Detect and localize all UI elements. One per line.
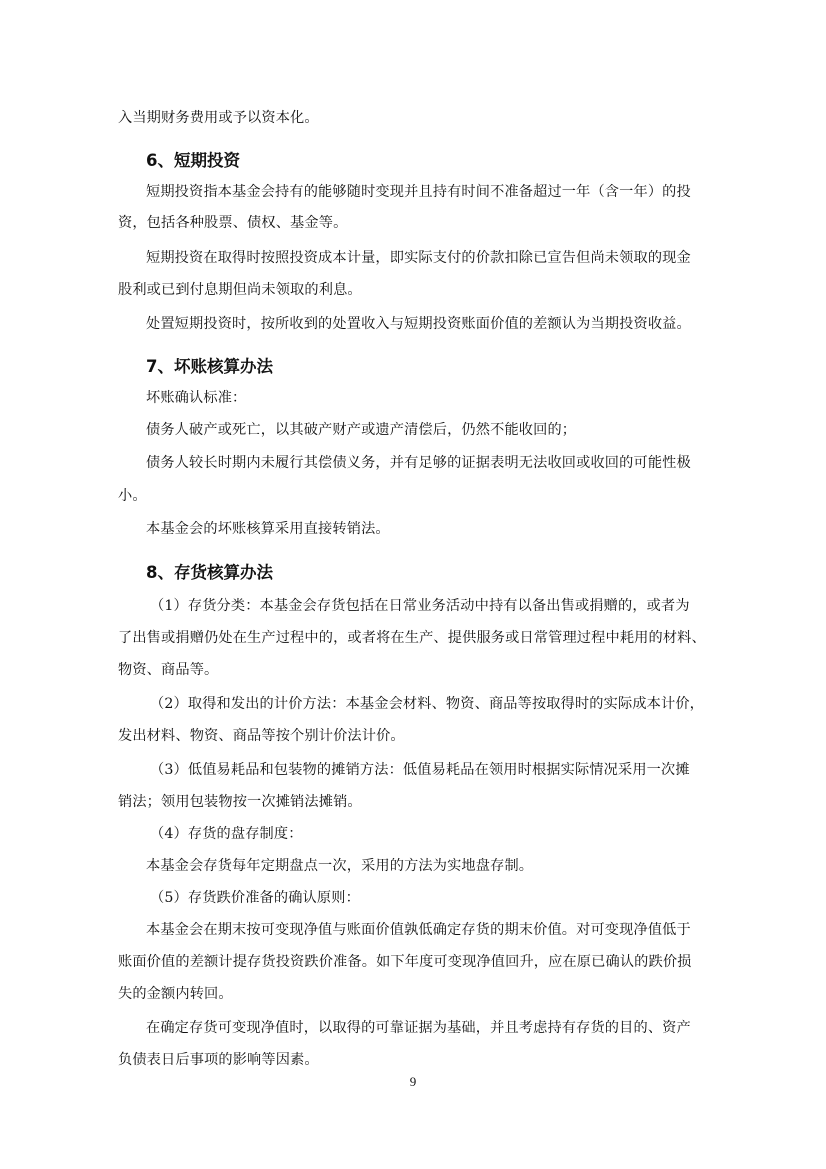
paragraph-line: （3）低值易耗品和包装物的摊销方法：低值易耗品在领用时根据实际情况采用一次摊 — [150, 760, 750, 780]
paragraph-line: （1）存货分类：本基金会存货包括在日常业务活动中持有以备出售或捐赠的，或者为 — [150, 596, 750, 616]
paragraph-line: 本基金会存货每年定期盘点一次，采用的方法为实地盘存制。 — [146, 856, 746, 876]
paragraph-line: 账面价值的差额计提存货投资跌价准备。如下年度可变现净值回升，应在原已确认的跌价损 — [118, 952, 718, 972]
paragraph-line: 本基金会在期末按可变现净值与账面价值孰低确定存货的期末价值。对可变现净值低于 — [146, 920, 746, 940]
paragraph-line: 资，包括各种股票、债权、基金等。 — [118, 213, 718, 233]
paragraph-line: 债务人较长时期内未履行其偿债义务，并有足够的证据表明无法收回或收回的可能性极 — [146, 453, 746, 473]
paragraph-line: 销法；领用包装物按一次摊销法摊销。 — [118, 792, 718, 812]
paragraph-line: 股利或已到付息期但尚未领取的利息。 — [118, 280, 718, 300]
paragraph-line: 小。 — [118, 486, 718, 506]
paragraph-line: 本基金会的坏账核算采用直接转销法。 — [146, 519, 746, 539]
section-heading-inventory: 8、存货核算办法 — [146, 562, 273, 584]
paragraph-line: 物资、商品等。 — [118, 660, 718, 680]
paragraph-line: 坏账确认标准： — [146, 388, 746, 408]
document-page: 入当期财务费用或予以资本化。 6、短期投资 短期投资指本基金会持有的能够随时变现… — [0, 0, 826, 1169]
section-heading-short-term-investment: 6、短期投资 — [146, 150, 240, 172]
paragraph-line: 发出材料、物资、商品等按个别计价法计价。 — [118, 726, 718, 746]
paragraph-line: 短期投资指本基金会持有的能够随时变现并且持有时间不准备超过一年（含一年）的投 — [146, 182, 746, 202]
paragraph-line: 失的金额内转回。 — [118, 984, 718, 1004]
paragraph-continuation: 入当期财务费用或予以资本化。 — [118, 108, 718, 128]
paragraph-line: （2）取得和发出的计价方法：本基金会材料、物资、商品等按取得时的实际成本计价， — [150, 694, 750, 714]
paragraph-line: （4）存货的盘存制度： — [150, 824, 750, 844]
paragraph-line: 短期投资在取得时按照投资成本计量，即实际支付的价款扣除已宣告但尚未领取的现金 — [146, 248, 746, 268]
paragraph-line: （5）存货跌价准备的确认原则： — [150, 888, 750, 908]
paragraph-line: 了出售或捐赠仍处在生产过程中的，或者将在生产、提供服务或日常管理过程中耗用的材料… — [118, 628, 718, 648]
section-heading-bad-debt: 7、坏账核算办法 — [146, 356, 273, 378]
page-number: 9 — [0, 1074, 826, 1090]
paragraph-line: 负债表日后事项的影响等因素。 — [118, 1050, 718, 1070]
paragraph-line: 在确定存货可变现净值时，以取得的可靠证据为基础，并且考虑持有存货的目的、资产 — [146, 1018, 746, 1038]
paragraph-line: 处置短期投资时，按所收到的处置收入与短期投资账面价值的差额认为当期投资收益。 — [146, 314, 746, 334]
paragraph-line: 债务人破产或死亡，以其破产财产或遗产清偿后，仍然不能收回的； — [146, 420, 746, 440]
